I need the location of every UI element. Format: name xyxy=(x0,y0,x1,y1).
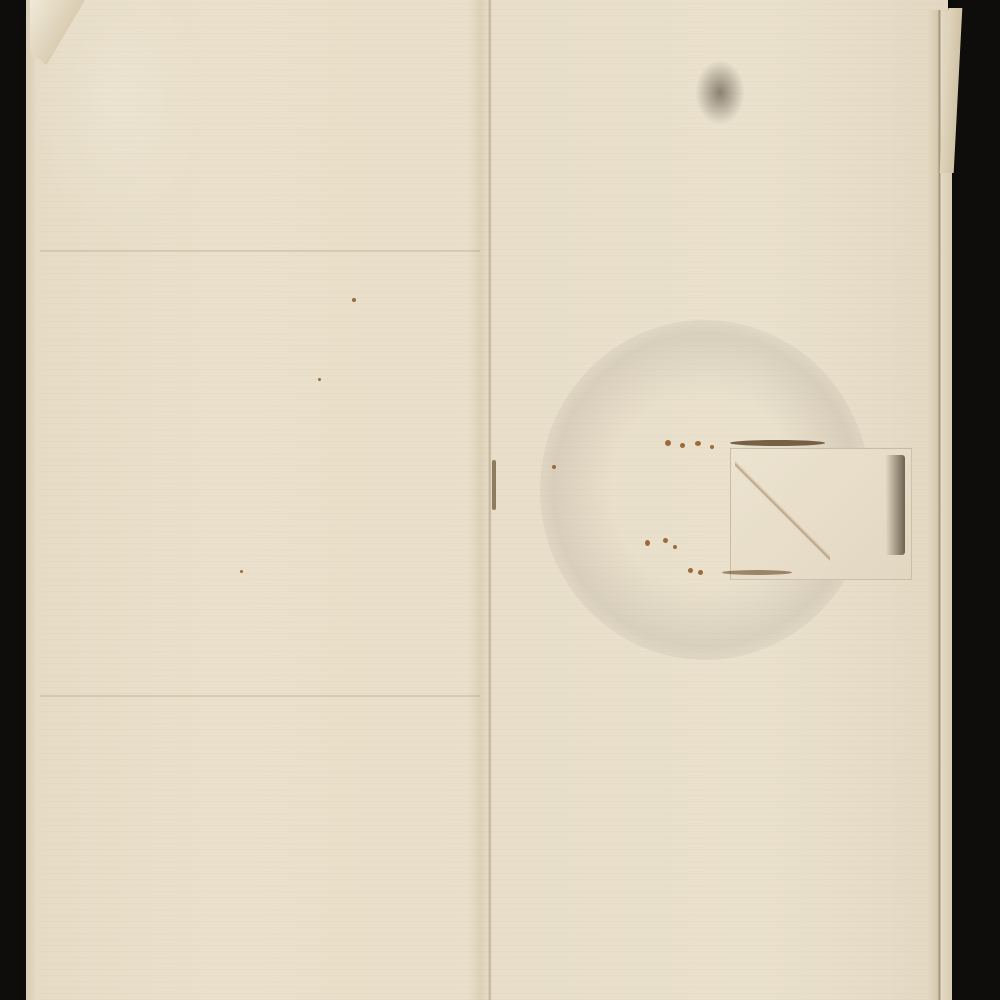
horizontal-crease xyxy=(40,695,480,697)
stain-spot xyxy=(695,441,701,446)
stain-spot xyxy=(710,445,714,449)
fold-tear xyxy=(492,460,496,510)
stain-spot xyxy=(673,545,677,549)
stain-spot xyxy=(645,540,650,546)
stain-spot xyxy=(240,570,243,573)
seal-top-edge xyxy=(730,440,825,446)
stain-spot xyxy=(552,465,556,469)
stain-spot xyxy=(698,570,703,575)
stain-spot xyxy=(665,440,671,446)
seal-bottom-edge xyxy=(722,570,792,575)
paper-left-edge xyxy=(26,0,38,1000)
horizontal-crease xyxy=(40,250,480,252)
stain-spot xyxy=(663,538,668,543)
seal-diagonal-crease xyxy=(735,452,830,572)
stain-spot xyxy=(318,378,321,381)
stain-spot xyxy=(680,443,685,448)
seal-flap xyxy=(885,455,905,555)
stain-spot xyxy=(352,298,356,302)
ink-smudge xyxy=(695,60,745,125)
stain-spot xyxy=(688,568,693,573)
